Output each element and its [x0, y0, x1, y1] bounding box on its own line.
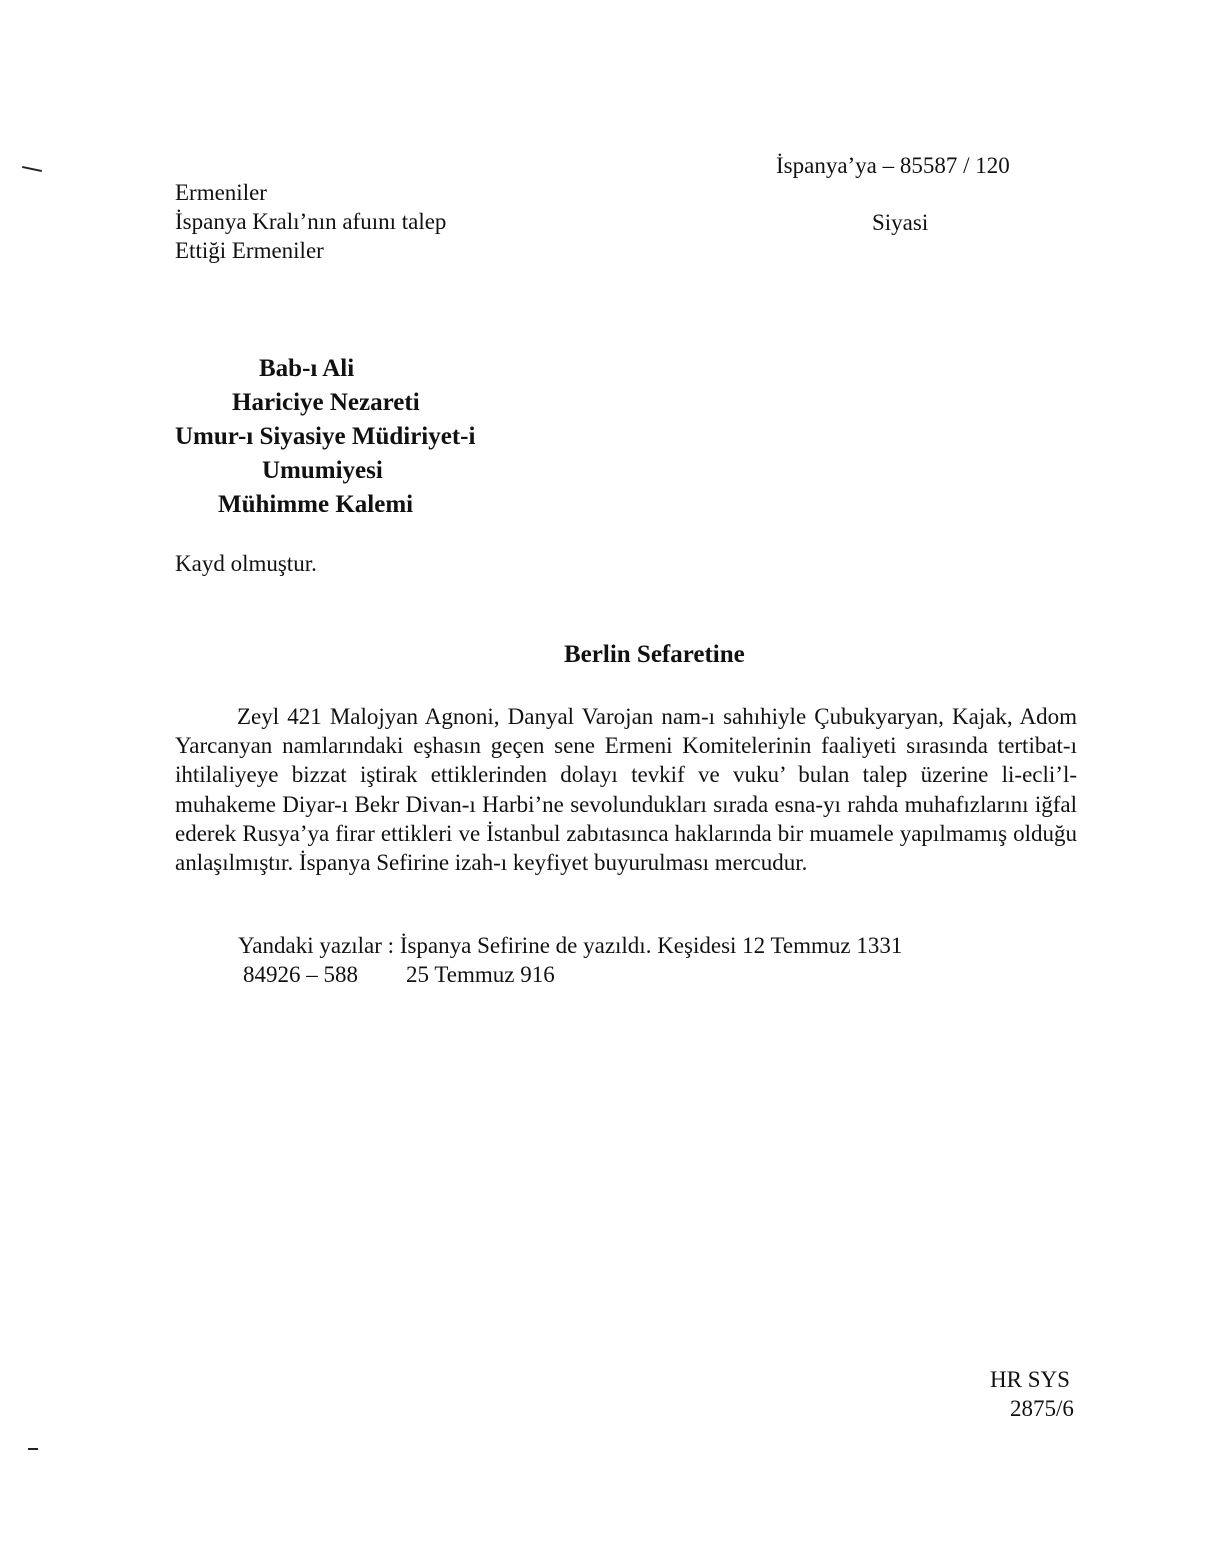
- office-line-5: Mühimme Kalemi: [218, 488, 413, 521]
- classification-label: Siyasi: [872, 208, 928, 237]
- addressee-heading: Berlin Sefaretine: [564, 638, 745, 671]
- office-line-1: Bab-ı Ali: [259, 352, 354, 385]
- archive-reference: 2875/6: [1010, 1394, 1074, 1423]
- scan-margin-mark: [22, 166, 42, 172]
- subject-line-3: Ettiği Ermeniler: [175, 236, 324, 265]
- office-line-3: Umur-ı Siyasiye Müdiriyet-i: [175, 420, 475, 453]
- subject-line-2: İspanya Kralı’nın afuını talep: [175, 207, 446, 236]
- footnote-date: 25 Temmuz 916: [406, 960, 555, 989]
- scan-margin-mark: [28, 1448, 38, 1450]
- footnote-line: Yandaki yazılar : İspanya Sefirine de ya…: [238, 931, 902, 960]
- office-line-4: Umumiyesi: [262, 454, 383, 487]
- registered-note: Kayd olmuştur.: [175, 549, 317, 578]
- reference-number: İspanya’ya – 85587 / 120: [776, 151, 1010, 180]
- subject-line-1: Ermeniler: [175, 178, 267, 207]
- archive-collection: HR SYS: [990, 1365, 1070, 1394]
- office-line-2: Hariciye Nezareti: [232, 386, 420, 419]
- letter-body: Zeyl 421 Malojyan Agnoni, Danyal Varojan…: [175, 702, 1077, 877]
- footnote-number: 84926 – 588: [243, 960, 358, 989]
